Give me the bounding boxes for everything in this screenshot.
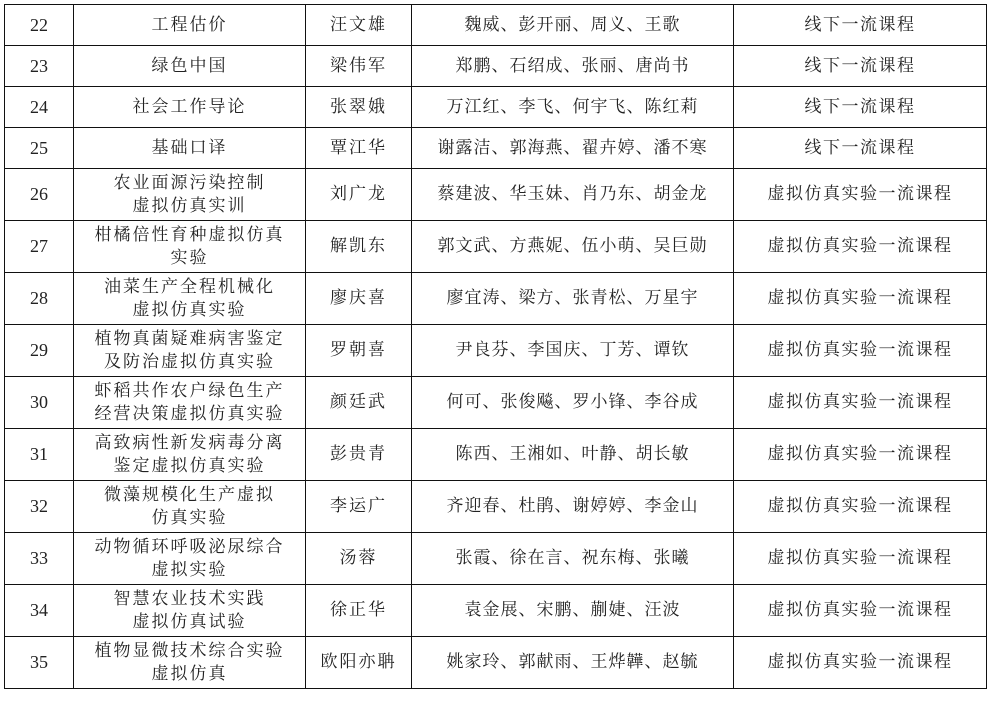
- team-members: 魏威、彭开丽、周义、王歌: [412, 5, 734, 46]
- course-name-line: 虚拟仿真: [78, 663, 301, 686]
- course-leader: 汪文雄: [306, 5, 412, 46]
- table-row: 24社会工作导论张翠娥万江红、李飞、何宇飞、陈红莉线下一流课程: [5, 87, 987, 128]
- row-number: 33: [5, 533, 74, 585]
- course-type: 虚拟仿真实验一流课程: [734, 429, 987, 481]
- course-leader: 廖庆喜: [306, 273, 412, 325]
- course-name-line: 社会工作导论: [78, 96, 301, 119]
- course-name: 油菜生产全程机械化虚拟仿真实验: [74, 273, 306, 325]
- team-members: 郭文武、方燕妮、伍小萌、吴巨勋: [412, 221, 734, 273]
- table-row: 35植物显微技术综合实验虚拟仿真欧阳亦聃姚家玲、郭献雨、王烨韡、赵毓虚拟仿真实验…: [5, 637, 987, 689]
- course-type: 虚拟仿真实验一流课程: [734, 221, 987, 273]
- row-number: 25: [5, 128, 74, 169]
- row-number: 26: [5, 169, 74, 221]
- team-members: 郑鹏、石绍成、张丽、唐尚书: [412, 46, 734, 87]
- course-type: 线下一流课程: [734, 128, 987, 169]
- course-name: 动物循环呼吸泌尿综合虚拟实验: [74, 533, 306, 585]
- table-row: 30虾稻共作农户绿色生产经营决策虚拟仿真实验颜廷武何可、张俊飚、罗小锋、李谷成虚…: [5, 377, 987, 429]
- course-name-line: 虚拟仿真实验: [78, 299, 301, 322]
- team-members: 张霞、徐在言、祝东梅、张曦: [412, 533, 734, 585]
- table-row: 27柑橘倍性育种虚拟仿真实验解凯东郭文武、方燕妮、伍小萌、吴巨勋虚拟仿真实验一流…: [5, 221, 987, 273]
- course-name-line: 基础口译: [78, 137, 301, 160]
- course-name-line: 动物循环呼吸泌尿综合: [78, 536, 301, 559]
- course-leader: 梁伟军: [306, 46, 412, 87]
- course-type: 线下一流课程: [734, 87, 987, 128]
- course-leader: 解凯东: [306, 221, 412, 273]
- table-row: 33动物循环呼吸泌尿综合虚拟实验汤蓉张霞、徐在言、祝东梅、张曦虚拟仿真实验一流课…: [5, 533, 987, 585]
- course-name-line: 油菜生产全程机械化: [78, 276, 301, 299]
- course-name-line: 智慧农业技术实践: [78, 588, 301, 611]
- course-table-body: 22工程估价汪文雄魏威、彭开丽、周义、王歌线下一流课程23绿色中国梁伟军郑鹏、石…: [5, 5, 987, 689]
- course-name-line: 仿真实验: [78, 507, 301, 530]
- row-number: 30: [5, 377, 74, 429]
- course-name: 植物真菌疑难病害鉴定及防治虚拟仿真实验: [74, 325, 306, 377]
- course-name-line: 虚拟实验: [78, 559, 301, 582]
- course-name-line: 绿色中国: [78, 55, 301, 78]
- course-name-line: 植物显微技术综合实验: [78, 640, 301, 663]
- team-members: 万江红、李飞、何宇飞、陈红莉: [412, 87, 734, 128]
- course-type: 虚拟仿真实验一流课程: [734, 481, 987, 533]
- course-table: 22工程估价汪文雄魏威、彭开丽、周义、王歌线下一流课程23绿色中国梁伟军郑鹏、石…: [4, 4, 987, 689]
- team-members: 齐迎春、杜鹃、谢婷婷、李金山: [412, 481, 734, 533]
- row-number: 28: [5, 273, 74, 325]
- table-row: 32微藻规模化生产虚拟仿真实验李运广齐迎春、杜鹃、谢婷婷、李金山虚拟仿真实验一流…: [5, 481, 987, 533]
- course-name-line: 虾稻共作农户绿色生产: [78, 380, 301, 403]
- course-name-line: 虚拟仿真实训: [78, 195, 301, 218]
- course-name: 虾稻共作农户绿色生产经营决策虚拟仿真实验: [74, 377, 306, 429]
- course-name-line: 经营决策虚拟仿真实验: [78, 403, 301, 426]
- table-row: 28油菜生产全程机械化虚拟仿真实验廖庆喜廖宜涛、梁方、张青松、万星宇虚拟仿真实验…: [5, 273, 987, 325]
- course-type: 虚拟仿真实验一流课程: [734, 585, 987, 637]
- course-name: 工程估价: [74, 5, 306, 46]
- course-name: 农业面源污染控制虚拟仿真实训: [74, 169, 306, 221]
- course-type: 虚拟仿真实验一流课程: [734, 273, 987, 325]
- team-members: 蔡建波、华玉妹、肖乃东、胡金龙: [412, 169, 734, 221]
- course-name-line: 柑橘倍性育种虚拟仿真: [78, 224, 301, 247]
- course-type: 虚拟仿真实验一流课程: [734, 377, 987, 429]
- team-members: 尹良芬、李国庆、丁芳、谭钦: [412, 325, 734, 377]
- course-name-line: 农业面源污染控制: [78, 172, 301, 195]
- course-name: 基础口译: [74, 128, 306, 169]
- course-leader: 覃江华: [306, 128, 412, 169]
- course-name-line: 植物真菌疑难病害鉴定: [78, 328, 301, 351]
- row-number: 34: [5, 585, 74, 637]
- row-number: 24: [5, 87, 74, 128]
- course-leader: 汤蓉: [306, 533, 412, 585]
- course-name-line: 虚拟仿真试验: [78, 611, 301, 634]
- row-number: 23: [5, 46, 74, 87]
- course-name: 智慧农业技术实践虚拟仿真试验: [74, 585, 306, 637]
- table-row: 26农业面源污染控制虚拟仿真实训刘广龙蔡建波、华玉妹、肖乃东、胡金龙虚拟仿真实验…: [5, 169, 987, 221]
- table-row: 23绿色中国梁伟军郑鹏、石绍成、张丽、唐尚书线下一流课程: [5, 46, 987, 87]
- table-row: 34智慧农业技术实践虚拟仿真试验徐正华袁金展、宋鹏、蒯婕、汪波虚拟仿真实验一流课…: [5, 585, 987, 637]
- course-name-line: 鉴定虚拟仿真实验: [78, 455, 301, 478]
- course-leader: 彭贵青: [306, 429, 412, 481]
- course-leader: 张翠娥: [306, 87, 412, 128]
- course-name-line: 工程估价: [78, 14, 301, 37]
- team-members: 谢露洁、郭海燕、翟卉婷、潘不寒: [412, 128, 734, 169]
- course-name: 绿色中国: [74, 46, 306, 87]
- row-number: 22: [5, 5, 74, 46]
- row-number: 35: [5, 637, 74, 689]
- course-type: 虚拟仿真实验一流课程: [734, 533, 987, 585]
- course-name: 柑橘倍性育种虚拟仿真实验: [74, 221, 306, 273]
- course-leader: 李运广: [306, 481, 412, 533]
- course-type: 线下一流课程: [734, 5, 987, 46]
- team-members: 何可、张俊飚、罗小锋、李谷成: [412, 377, 734, 429]
- team-members: 廖宜涛、梁方、张青松、万星宇: [412, 273, 734, 325]
- course-type: 虚拟仿真实验一流课程: [734, 325, 987, 377]
- course-leader: 罗朝喜: [306, 325, 412, 377]
- table-row: 29植物真菌疑难病害鉴定及防治虚拟仿真实验罗朝喜尹良芬、李国庆、丁芳、谭钦虚拟仿…: [5, 325, 987, 377]
- table-row: 25基础口译覃江华谢露洁、郭海燕、翟卉婷、潘不寒线下一流课程: [5, 128, 987, 169]
- course-name: 高致病性新发病毒分离鉴定虚拟仿真实验: [74, 429, 306, 481]
- team-members: 陈西、王湘如、叶静、胡长敏: [412, 429, 734, 481]
- course-name: 微藻规模化生产虚拟仿真实验: [74, 481, 306, 533]
- course-type: 线下一流课程: [734, 46, 987, 87]
- course-leader: 刘广龙: [306, 169, 412, 221]
- course-leader: 颜廷武: [306, 377, 412, 429]
- table-row: 31高致病性新发病毒分离鉴定虚拟仿真实验彭贵青陈西、王湘如、叶静、胡长敏虚拟仿真…: [5, 429, 987, 481]
- course-leader: 欧阳亦聃: [306, 637, 412, 689]
- row-number: 32: [5, 481, 74, 533]
- course-name: 社会工作导论: [74, 87, 306, 128]
- row-number: 29: [5, 325, 74, 377]
- course-name: 植物显微技术综合实验虚拟仿真: [74, 637, 306, 689]
- course-name-line: 微藻规模化生产虚拟: [78, 484, 301, 507]
- course-type: 虚拟仿真实验一流课程: [734, 637, 987, 689]
- team-members: 袁金展、宋鹏、蒯婕、汪波: [412, 585, 734, 637]
- course-name-line: 及防治虚拟仿真实验: [78, 351, 301, 374]
- course-leader: 徐正华: [306, 585, 412, 637]
- course-name-line: 高致病性新发病毒分离: [78, 432, 301, 455]
- team-members: 姚家玲、郭献雨、王烨韡、赵毓: [412, 637, 734, 689]
- table-row: 22工程估价汪文雄魏威、彭开丽、周义、王歌线下一流课程: [5, 5, 987, 46]
- row-number: 31: [5, 429, 74, 481]
- course-type: 虚拟仿真实验一流课程: [734, 169, 987, 221]
- course-name-line: 实验: [78, 247, 301, 270]
- row-number: 27: [5, 221, 74, 273]
